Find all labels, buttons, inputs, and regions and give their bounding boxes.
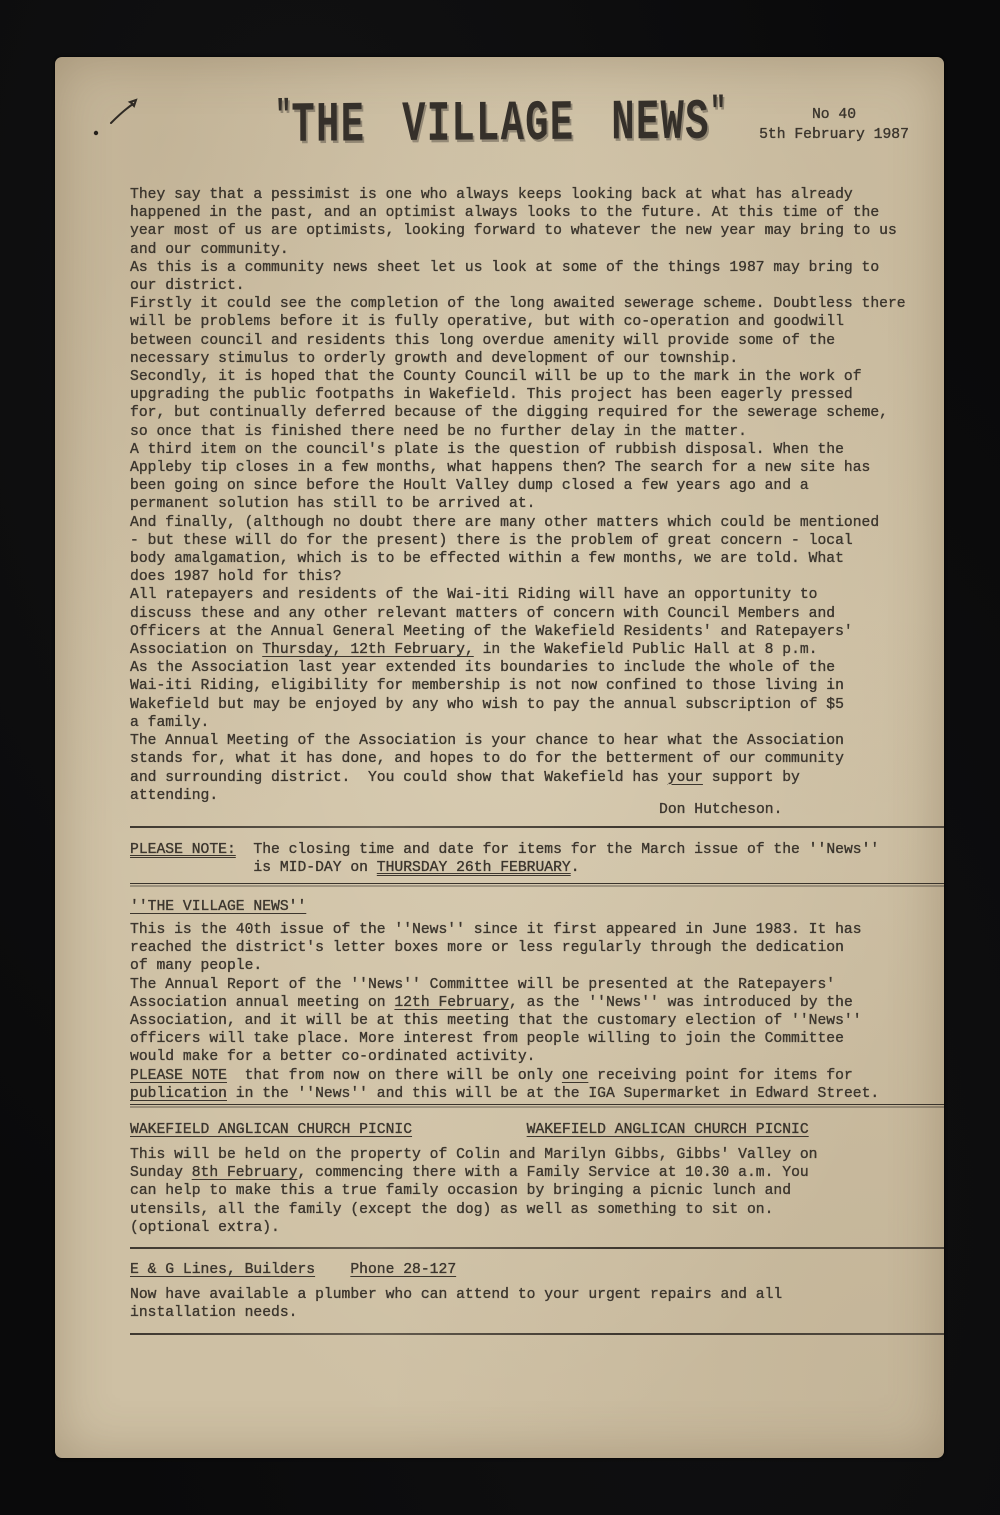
section-divider-3 xyxy=(130,1104,944,1108)
section-divider-4 xyxy=(130,1246,944,1250)
section-divider-5 xyxy=(130,1332,944,1336)
section-divider-1 xyxy=(130,825,944,829)
section-divider-2 xyxy=(130,883,944,887)
news-section-body: This is the 40th issue of the ''News'' s… xyxy=(130,921,940,1103)
scan-photo: { "colors": {"paper":"#cec0a4","ink":"#3… xyxy=(0,0,1000,1515)
picnic-section-body: This will be held on the property of Col… xyxy=(130,1146,940,1237)
masthead-quote-close: " xyxy=(710,92,726,137)
picnic-section-heading: WAKEFIELD ANGLICAN CHURCH PICNIC WAKEFIE… xyxy=(130,1121,940,1139)
builders-ad-body: Now have available a plumber who can att… xyxy=(130,1286,940,1322)
pen-scratch-mark xyxy=(89,93,159,153)
masthead-title: "THE VILLAGE NEWS" xyxy=(275,92,726,159)
masthead-title-text: THE VILLAGE NEWS xyxy=(291,92,710,159)
news-section-heading: ''THE VILLAGE NEWS'' xyxy=(130,898,940,916)
editor-signature: Don Hutcheson. xyxy=(659,801,782,819)
issue-number: No 40 xyxy=(755,105,913,125)
closing-notice: PLEASE NOTE: The closing time and date f… xyxy=(130,841,940,877)
masthead-quote-open: " xyxy=(275,95,291,140)
lead-article: They say that a pessimist is one who alw… xyxy=(130,186,940,805)
issue-date: 5th February 1987 xyxy=(755,125,913,145)
builders-ad-heading: E & G Lines, Builders Phone 28-127 xyxy=(130,1261,940,1279)
newsletter-page: "THE VILLAGE NEWS" No 40 5th February 19… xyxy=(55,57,944,1458)
masthead-issue-box: No 40 5th February 1987 xyxy=(755,105,913,145)
